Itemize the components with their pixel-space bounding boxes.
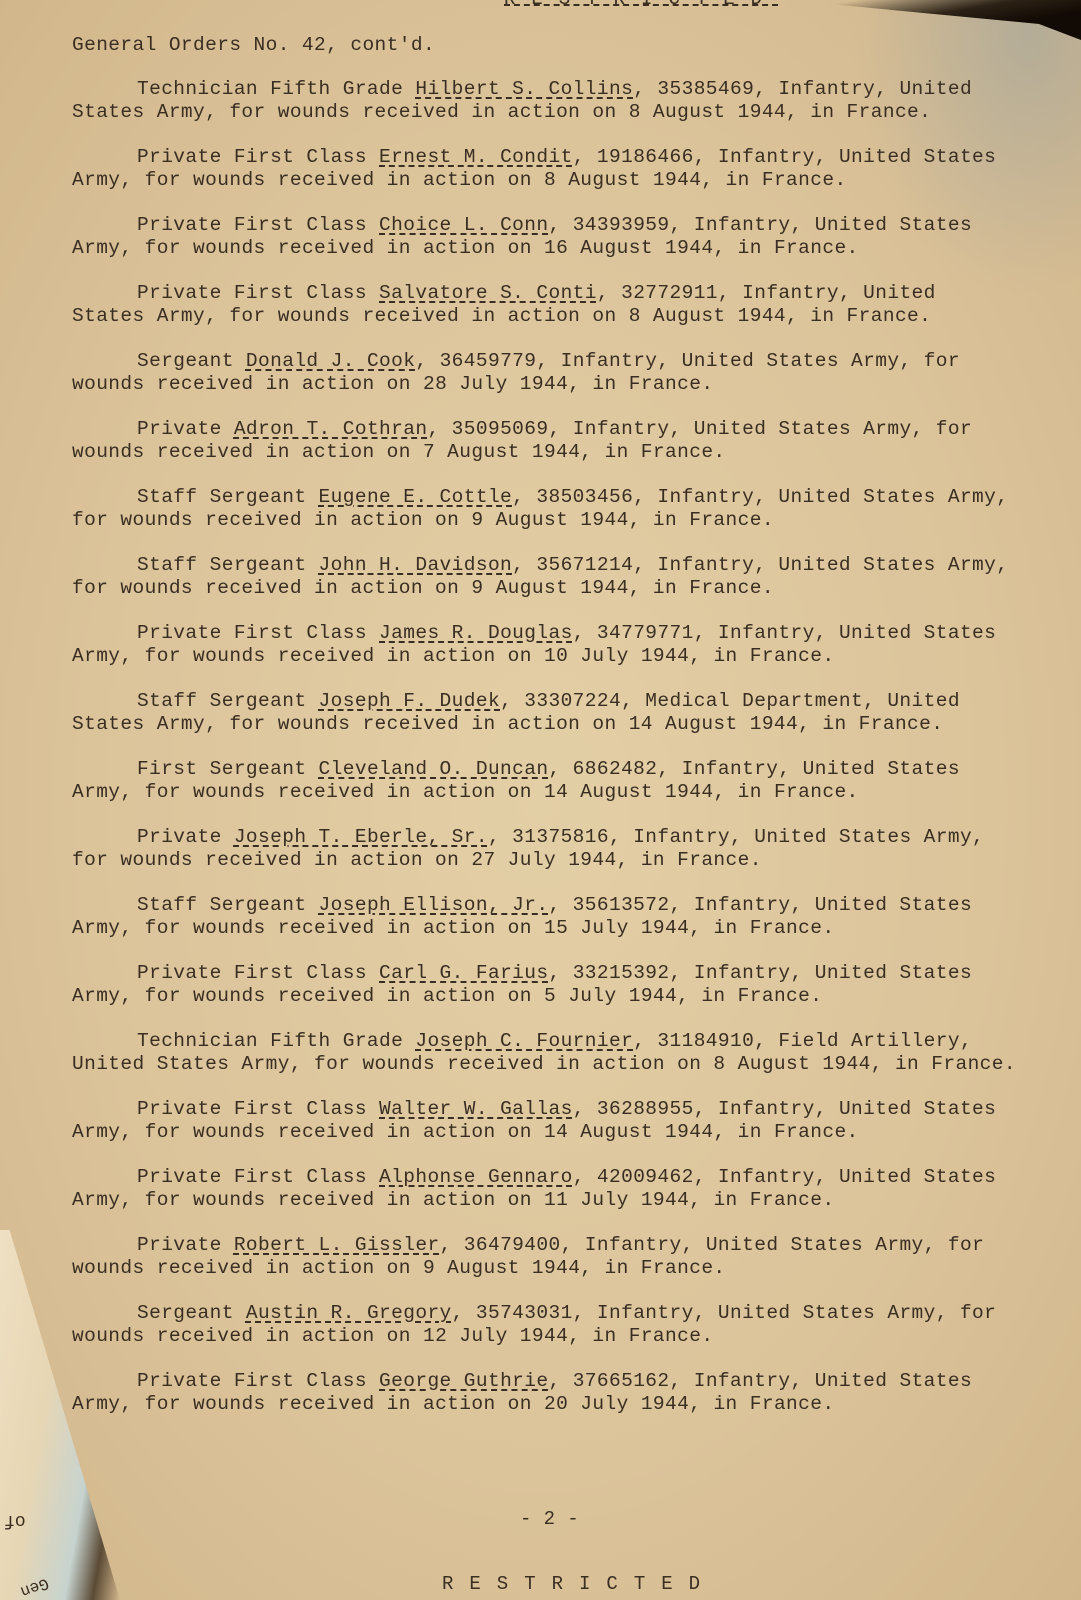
soldier-name: James R. Douglas xyxy=(379,622,573,644)
wound-place: , in France. xyxy=(617,849,762,871)
soldier-serial: , 36459779, xyxy=(415,350,560,372)
citation-text: for wounds received in action on xyxy=(72,577,471,599)
soldier-rank: Private First Class xyxy=(137,1098,379,1120)
citation-entry: Private First Class Choice L. Conn, 3439… xyxy=(72,214,1017,260)
citation-entry: Staff Sergeant Eugene E. Cottle, 3850345… xyxy=(72,486,1017,532)
soldier-name: Carl G. Farius xyxy=(379,962,548,984)
citation-entry: Staff Sergeant Joseph Ellison, Jr., 3561… xyxy=(72,894,1017,940)
soldier-serial: , 31184910, xyxy=(633,1030,778,1052)
soldier-rank: Private First Class xyxy=(137,962,379,984)
soldier-serial: , 35095069, xyxy=(427,418,572,440)
citation-entry: Private First Class George Guthrie, 3766… xyxy=(72,1370,1017,1416)
wound-date: 8 August 1944 xyxy=(544,169,701,191)
soldier-serial: , 42009462, xyxy=(573,1166,718,1188)
wound-place: , in France. xyxy=(701,169,846,191)
wound-place: , in France. xyxy=(689,645,834,667)
wound-place: , in France. xyxy=(689,917,834,939)
wound-date: 16 August 1944 xyxy=(544,237,713,259)
citation-text: for wounds received in action on xyxy=(145,917,544,939)
citation-text: for wounds received in action on xyxy=(145,169,544,191)
wound-date: 8 August 1944 xyxy=(629,305,786,327)
soldier-rank: Private First Class xyxy=(137,146,379,168)
wound-date: 5 July 1944 xyxy=(544,985,677,1007)
soldier-serial: , 36288955, xyxy=(573,1098,718,1120)
soldier-branch: Infantry, United States Army, xyxy=(597,1302,960,1324)
soldier-serial: , 35743031, xyxy=(452,1302,597,1324)
citation-entry: Staff Sergeant John H. Davidson, 3567121… xyxy=(72,554,1017,600)
wound-place: , in France. xyxy=(786,305,931,327)
soldier-rank: Private First Class xyxy=(137,1370,379,1392)
citation-entry: Staff Sergeant Joseph F. Dudek, 33307224… xyxy=(72,690,1017,736)
citation-entry: Private First Class Salvatore S. Conti, … xyxy=(72,282,1017,328)
wound-place: , in France. xyxy=(871,1053,1016,1075)
soldier-rank: Sergeant xyxy=(137,350,246,372)
soldier-name: Salvatore S. Conti xyxy=(379,282,597,304)
citation-text: for wounds received in action on xyxy=(145,1393,544,1415)
citation-text: for wounds received in action on xyxy=(314,1053,713,1075)
soldier-branch: Infantry, United States Army, xyxy=(561,350,924,372)
citation-text: for wounds received in action on xyxy=(229,713,628,735)
soldier-rank: Technician Fifth Grade xyxy=(137,1030,415,1052)
citation-text: for wounds received in action on xyxy=(145,985,544,1007)
soldier-serial: , 19186466, xyxy=(573,146,718,168)
soldier-name: George Guthrie xyxy=(379,1370,548,1392)
citation-entry: Private Robert L. Gissler, 36479400, Inf… xyxy=(72,1234,1017,1280)
wound-place: , in France. xyxy=(568,373,713,395)
soldier-name: Robert L. Gissler xyxy=(234,1234,440,1256)
soldier-rank: Staff Sergeant xyxy=(137,894,319,916)
soldier-serial: , 6862482, xyxy=(548,758,681,780)
wound-date: 10 July 1944 xyxy=(544,645,689,667)
soldier-branch: Infantry, United States Army, xyxy=(573,418,936,440)
soldier-name: Joseph Ellison, Jr. xyxy=(319,894,549,916)
soldier-serial: , 35613572, xyxy=(548,894,693,916)
soldier-rank: Private First Class xyxy=(137,1166,379,1188)
wound-place: , in France. xyxy=(580,1257,725,1279)
citation-text: for wounds received in action on xyxy=(72,509,471,531)
wound-date: 9 August 1944 xyxy=(471,509,628,531)
wound-date: 9 August 1944 xyxy=(471,577,628,599)
citation-text: for wounds received in action on xyxy=(145,1189,544,1211)
wound-place: , in France. xyxy=(580,441,725,463)
soldier-name: Choice L. Conn xyxy=(379,214,548,236)
wound-date: 9 August 1944 xyxy=(423,1257,580,1279)
soldier-serial: , 35385469, xyxy=(633,78,778,100)
soldier-branch: Infantry, United States Army, xyxy=(585,1234,948,1256)
soldier-rank: Staff Sergeant xyxy=(137,690,319,712)
soldier-rank: First Sergeant xyxy=(137,758,319,780)
wound-place: , in France. xyxy=(568,1325,713,1347)
underlying-page-text: of xyxy=(4,1510,26,1530)
wound-place: , in France. xyxy=(798,713,943,735)
soldier-serial: , 31375816, xyxy=(488,826,633,848)
soldier-rank: Staff Sergeant xyxy=(137,554,319,576)
wound-place: , in France. xyxy=(689,1393,834,1415)
wound-date: 8 August 1944 xyxy=(713,1053,870,1075)
soldier-rank: Sergeant xyxy=(137,1302,246,1324)
soldier-name: Ernest M. Condit xyxy=(379,146,573,168)
citation-text: for wounds received in action on xyxy=(229,305,628,327)
soldier-rank: Private First Class xyxy=(137,282,379,304)
wound-date: 15 July 1944 xyxy=(544,917,689,939)
soldier-name: Eugene E. Cottle xyxy=(319,486,513,508)
citation-text: for wounds received in action on xyxy=(145,645,544,667)
soldier-rank: Private xyxy=(137,826,234,848)
citation-entry: Private First Class Alphonse Gennaro, 42… xyxy=(72,1166,1017,1212)
citation-entry: First Sergeant Cleveland O. Duncan, 6862… xyxy=(72,758,1017,804)
citation-text: for wounds received in action on xyxy=(145,781,544,803)
soldier-name: Walter W. Gallas xyxy=(379,1098,573,1120)
soldier-name: Austin R. Gregory xyxy=(246,1302,452,1324)
soldier-serial: , 36479400, xyxy=(440,1234,585,1256)
soldier-serial: , 33307224, xyxy=(500,690,645,712)
wound-place: , in France. xyxy=(677,985,822,1007)
soldier-branch: Infantry, United States Army, xyxy=(633,826,996,848)
soldier-name: Joseph T. Eberle, Sr. xyxy=(234,826,488,848)
citation-entry: Private First Class James R. Douglas, 34… xyxy=(72,622,1017,668)
wound-date: 14 August 1944 xyxy=(544,1121,713,1143)
soldier-serial: , 34393959, xyxy=(548,214,693,236)
citation-list: Technician Fifth Grade Hilbert S. Collin… xyxy=(72,78,1017,1438)
soldier-serial: , 34779771, xyxy=(573,622,718,644)
soldier-name: John H. Davidson xyxy=(319,554,513,576)
soldier-branch: Infantry, United States Army, xyxy=(657,486,1020,508)
soldier-name: Alphonse Gennaro xyxy=(379,1166,573,1188)
citation-text: for wounds received in action on xyxy=(145,237,544,259)
soldier-serial: , 38503456, xyxy=(512,486,657,508)
wound-place: , in France. xyxy=(786,101,931,123)
wound-place: , in France. xyxy=(713,237,858,259)
wound-date: 7 August 1944 xyxy=(423,441,580,463)
wound-place: , in France. xyxy=(713,781,858,803)
citation-entry: Sergeant Austin R. Gregory, 35743031, In… xyxy=(72,1302,1017,1348)
classification-header: RESTRICTED xyxy=(504,0,778,11)
soldier-rank: Private xyxy=(137,1234,234,1256)
soldier-rank: Technician Fifth Grade xyxy=(137,78,415,100)
citation-entry: Private Adron T. Cothran, 35095069, Infa… xyxy=(72,418,1017,464)
soldier-serial: , 32772911, xyxy=(597,282,742,304)
soldier-name: Adron T. Cothran xyxy=(234,418,428,440)
citation-text: for wounds received in action on xyxy=(145,1121,544,1143)
citation-entry: Private Joseph T. Eberle, Sr., 31375816,… xyxy=(72,826,1017,872)
soldier-name: Hilbert S. Collins xyxy=(415,78,633,100)
soldier-rank: Private First Class xyxy=(137,622,379,644)
citation-text: for wounds received in action on xyxy=(72,849,471,871)
citation-entry: Sergeant Donald J. Cook, 36459779, Infan… xyxy=(72,350,1017,396)
wound-place: , in France. xyxy=(629,577,774,599)
wound-date: 11 July 1944 xyxy=(544,1189,689,1211)
citation-entry: Private First Class Carl G. Farius, 3321… xyxy=(72,962,1017,1008)
orders-reference: General Orders No. 42, cont'd. xyxy=(72,34,435,57)
wound-date: 20 July 1944 xyxy=(544,1393,689,1415)
soldier-rank: Staff Sergeant xyxy=(137,486,319,508)
wound-date: 27 July 1944 xyxy=(471,849,616,871)
citation-entry: Technician Fifth Grade Hilbert S. Collin… xyxy=(72,78,1017,124)
wound-place: , in France. xyxy=(689,1189,834,1211)
soldier-serial: , 33215392, xyxy=(548,962,693,984)
classification-footer: RESTRICTED xyxy=(442,1573,716,1596)
soldier-name: Donald J. Cook xyxy=(246,350,415,372)
citation-entry: Private First Class Ernest M. Condit, 19… xyxy=(72,146,1017,192)
soldier-rank: Private xyxy=(137,418,234,440)
soldier-name: Joseph C. Fournier xyxy=(415,1030,633,1052)
page-number: - 2 - xyxy=(520,1508,579,1531)
wound-date: 28 July 1944 xyxy=(423,373,568,395)
wound-place: , in France. xyxy=(713,1121,858,1143)
citation-text: for wounds received in action on xyxy=(229,101,628,123)
soldier-name: Cleveland O. Duncan xyxy=(319,758,549,780)
soldier-serial: , 35671214, xyxy=(512,554,657,576)
soldier-name: Joseph F. Dudek xyxy=(319,690,501,712)
wound-date: 14 August 1944 xyxy=(629,713,798,735)
wound-place: , in France. xyxy=(629,509,774,531)
soldier-branch: Infantry, United States Army, xyxy=(657,554,1020,576)
wound-date: 12 July 1944 xyxy=(423,1325,568,1347)
wound-date: 14 August 1944 xyxy=(544,781,713,803)
citation-entry: Technician Fifth Grade Joseph C. Fournie… xyxy=(72,1030,1017,1076)
wound-date: 8 August 1944 xyxy=(629,101,786,123)
soldier-serial: , 37665162, xyxy=(548,1370,693,1392)
citation-entry: Private First Class Walter W. Gallas, 36… xyxy=(72,1098,1017,1144)
soldier-rank: Private First Class xyxy=(137,214,379,236)
